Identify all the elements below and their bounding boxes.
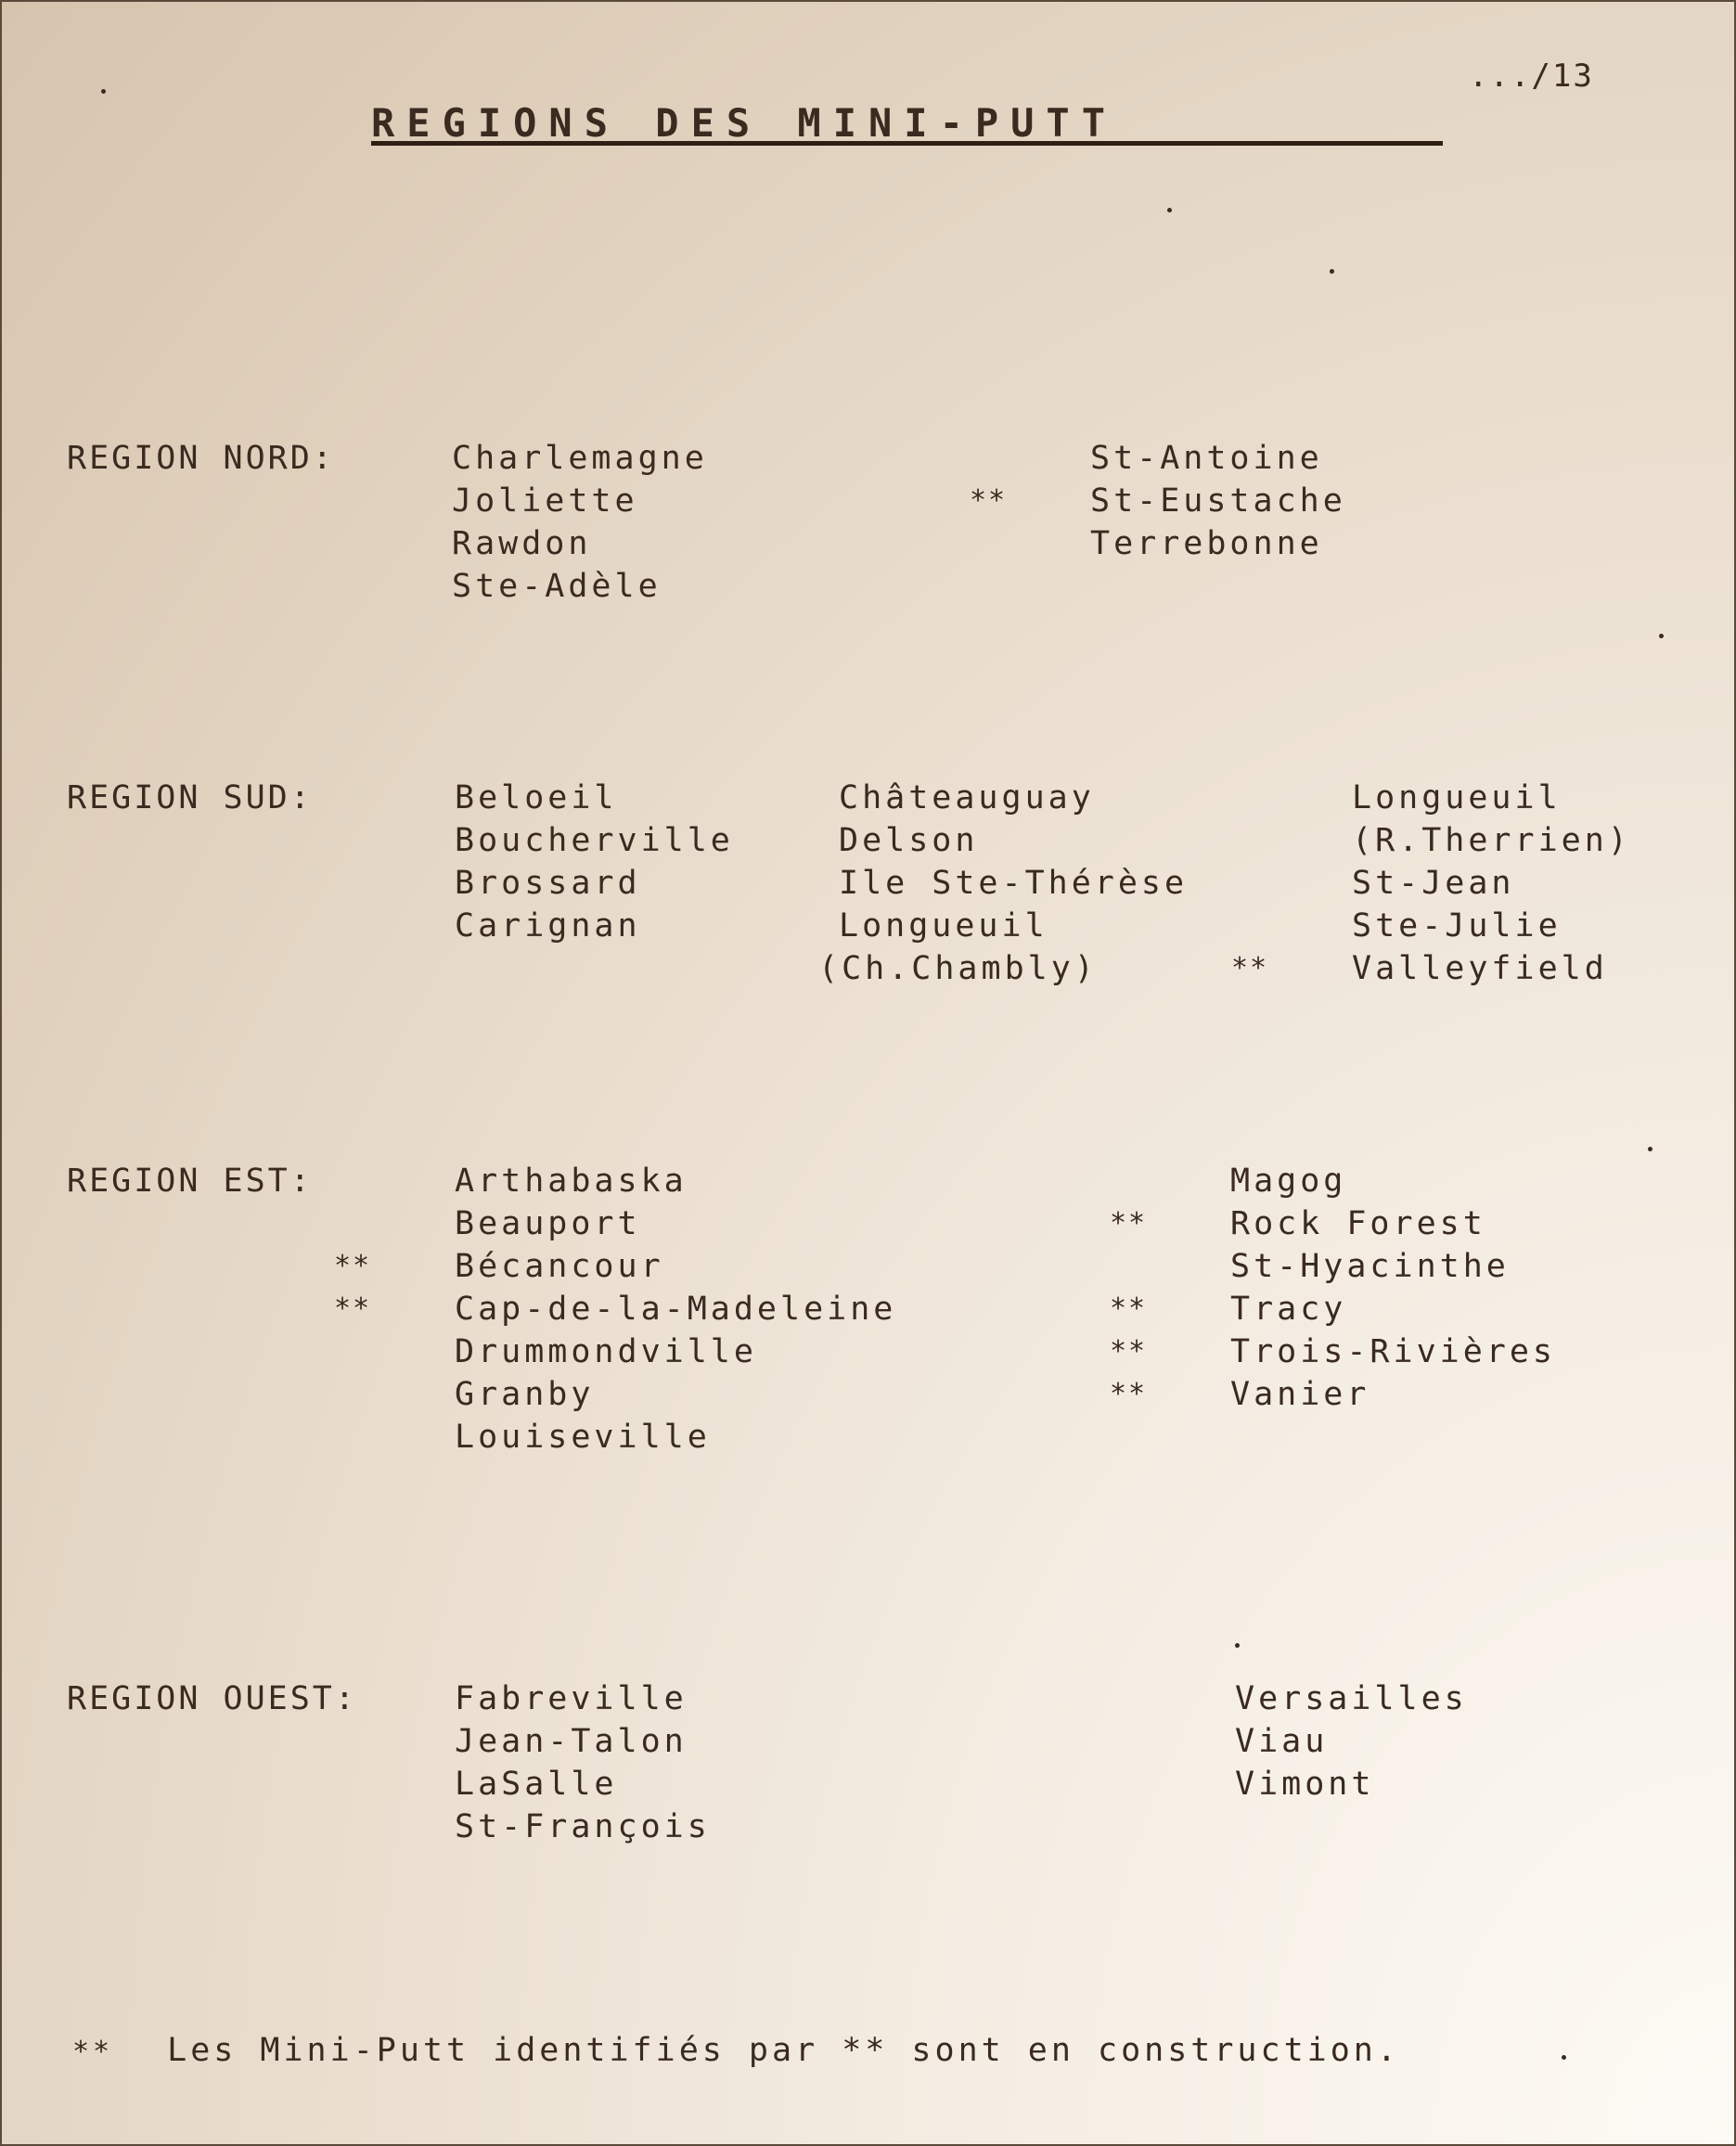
region-label: REGION OUEST:: [67, 1680, 357, 1717]
location-entry: Trois-Rivières: [1230, 1333, 1556, 1370]
location-entry: Brossard: [455, 865, 641, 902]
location-entry: Magog: [1230, 1163, 1346, 1200]
location-entry: Valleyfield: [1352, 950, 1608, 987]
document-title: REGIONS DES MINI-PUTT: [371, 100, 1117, 146]
location-entry: Beloeil: [455, 779, 618, 816]
location-entry: Carignan: [455, 907, 641, 944]
location-entry: Terrebonne: [1090, 525, 1323, 562]
paper-speck: [1562, 2055, 1566, 2060]
footnote: **Les Mini-Putt identifiés par ** sont e…: [72, 2032, 1400, 2069]
location-entry: Drummondville: [455, 1333, 757, 1370]
paper-speck: [1235, 1643, 1240, 1648]
location-entry: St-Antoine: [1090, 440, 1323, 477]
construction-marker: **: [1231, 952, 1268, 984]
paper-speck: [1330, 269, 1334, 274]
location-entry: Vimont: [1235, 1766, 1374, 1803]
title-underline: [371, 141, 1443, 146]
region-label: REGION SUD:: [67, 779, 313, 816]
location-entry: Longueuil: [1352, 779, 1562, 816]
location-entry: Bécancour: [455, 1248, 664, 1285]
location-entry: Ste-Julie: [1352, 907, 1562, 944]
construction-marker: **: [1110, 1292, 1147, 1325]
location-entry: Boucherville: [455, 822, 734, 859]
location-entry: Longueuil: [839, 907, 1048, 944]
location-entry: Cap-de-la-Madeleine: [455, 1291, 896, 1328]
location-entry: Versailles: [1235, 1680, 1468, 1717]
footnote-text: Les Mini-Putt identifiés par ** sont en …: [167, 2032, 1400, 2069]
location-entry: Beauport: [455, 1205, 641, 1242]
construction-marker: **: [970, 484, 1007, 517]
location-entry: Tracy: [1230, 1291, 1346, 1328]
location-entry: (Ch.Chambly): [818, 950, 1098, 987]
location-entry: Jean-Talon: [455, 1723, 688, 1760]
location-entry: Viau: [1235, 1723, 1328, 1760]
location-entry: Arthabaska: [455, 1163, 688, 1200]
location-entry: St-Hyacinthe: [1230, 1248, 1510, 1285]
location-entry: Ste-Adèle: [452, 568, 662, 605]
location-entry: Louiseville: [455, 1419, 711, 1456]
construction-marker: **: [1110, 1207, 1147, 1240]
location-entry: Vanier: [1230, 1376, 1370, 1413]
construction-marker: **: [1110, 1378, 1147, 1410]
paper-speck: [1659, 634, 1664, 638]
construction-marker: **: [334, 1292, 371, 1325]
location-entry: St-Jean: [1352, 865, 1515, 902]
location-entry: LaSalle: [455, 1766, 618, 1803]
construction-marker: **: [334, 1250, 371, 1282]
paper-speck: [101, 89, 106, 94]
location-entry: Châteauguay: [839, 779, 1095, 816]
page-number: .../13: [1469, 58, 1594, 95]
paper-speck: [1648, 1147, 1652, 1151]
location-entry: Rawdon: [452, 525, 591, 562]
location-entry: Joliette: [452, 482, 638, 520]
location-entry: Rock Forest: [1230, 1205, 1486, 1242]
paper-speck: [1167, 208, 1172, 212]
location-entry: Ile Ste-Thérèse: [839, 865, 1188, 902]
page-border: [0, 0, 1736, 2146]
region-label: REGION EST:: [67, 1163, 313, 1200]
location-entry: St-François: [455, 1808, 711, 1845]
construction-marker: **: [1110, 1335, 1147, 1368]
region-label: REGION NORD:: [67, 440, 335, 477]
location-entry: Delson: [839, 822, 978, 859]
footnote-marker: **: [72, 2036, 113, 2068]
location-entry: Granby: [455, 1376, 594, 1413]
location-entry: St-Eustache: [1090, 482, 1346, 520]
location-entry: Fabreville: [455, 1680, 688, 1717]
location-entry: (R.Therrien): [1352, 822, 1631, 859]
location-entry: Charlemagne: [452, 440, 708, 477]
